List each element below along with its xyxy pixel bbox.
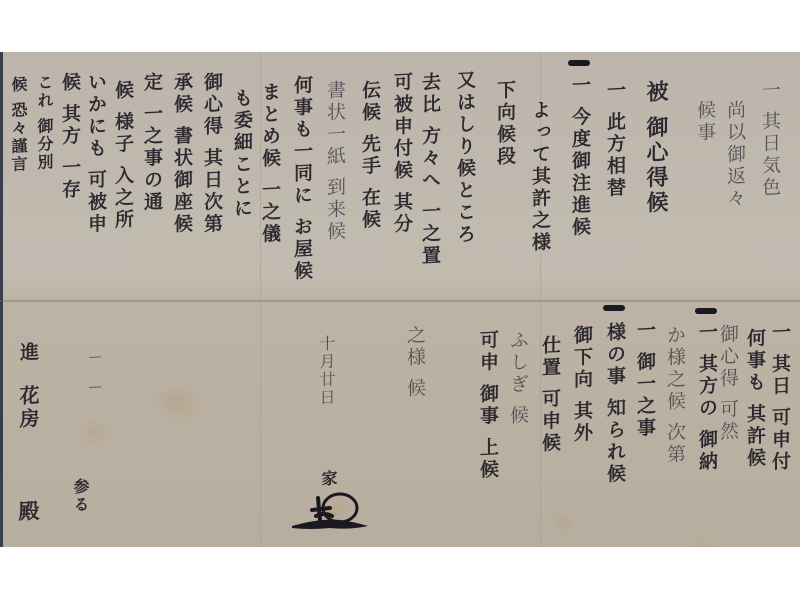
text-column: 下向候段 xyxy=(495,80,514,169)
text-column: 之様 候 xyxy=(405,325,424,401)
text-column: か様之候 次第 xyxy=(665,325,684,467)
text-column: 書状一紙 到来候 xyxy=(325,80,344,244)
text-column: よって其許之様 xyxy=(530,100,549,255)
addressee-line: 殿 xyxy=(18,499,39,524)
text-column: 一 今度御注進候 xyxy=(570,75,589,240)
text-column: 尚以御返々 xyxy=(725,100,744,211)
text-column: まとめ候 一之儀 xyxy=(260,82,279,247)
text-column: 去比 方々へ 一之置 xyxy=(420,72,439,268)
text-column: 一 其日 可申付 xyxy=(770,322,789,474)
text-column: 一 此方相替 xyxy=(605,80,624,201)
text-column: 様の事 知られ候 xyxy=(605,322,624,487)
text-column: 承候 書状御座候 xyxy=(172,72,191,237)
text-column: 一 御一之事 xyxy=(635,320,654,441)
text-column: 御下向 其外 xyxy=(572,325,591,446)
text-column: ふしぎ 候 xyxy=(508,330,527,428)
text-column: 何事も一同に お屋候 xyxy=(292,75,311,284)
addressee-line: 進 xyxy=(18,342,37,365)
text-column: も委細ことに xyxy=(232,88,251,221)
date-line: 十月廿日 xyxy=(318,335,334,408)
text-column: 御心得 可然 xyxy=(718,324,737,444)
text-column: これ 御分別 xyxy=(36,74,52,172)
text-column: 候 其方 一存 xyxy=(60,72,79,202)
text-column: 仕置 可申候 xyxy=(540,335,559,456)
text-column: 候 様子 入之所 xyxy=(113,80,132,232)
text-column: 一 其日気色 xyxy=(760,80,779,200)
ichi-stroke xyxy=(603,305,625,311)
text-column: 候 恐々謹言 xyxy=(10,76,26,174)
text-column: 御心得 其日次第 xyxy=(202,72,221,237)
addressee-line: 花房 xyxy=(18,384,38,431)
text-column: 伝候 先手 在候 xyxy=(360,80,379,232)
text-column: 被 御心得候 xyxy=(645,79,667,216)
text-column: 定 一之事の通 xyxy=(142,72,161,215)
kao-seal-icon xyxy=(290,468,370,534)
text-column: いかにも 可被申 xyxy=(86,72,105,237)
ichi-stroke xyxy=(568,60,590,66)
center-mark: | xyxy=(90,355,102,362)
text-column: 可被申付候 其分 xyxy=(392,72,411,237)
text-column: 可申 御事 上候 xyxy=(478,330,497,482)
ichi-stroke xyxy=(695,308,717,314)
text-column: 一 其方の 御納 xyxy=(697,322,716,474)
text-column: 何事も 其許候 xyxy=(745,328,764,471)
text-column: 又はしり候ところ xyxy=(455,70,474,247)
text-column: 候事 xyxy=(695,100,714,145)
honorific: 参る xyxy=(72,478,88,515)
center-mark: | xyxy=(90,385,102,392)
horizontal-fold-line xyxy=(0,300,800,302)
